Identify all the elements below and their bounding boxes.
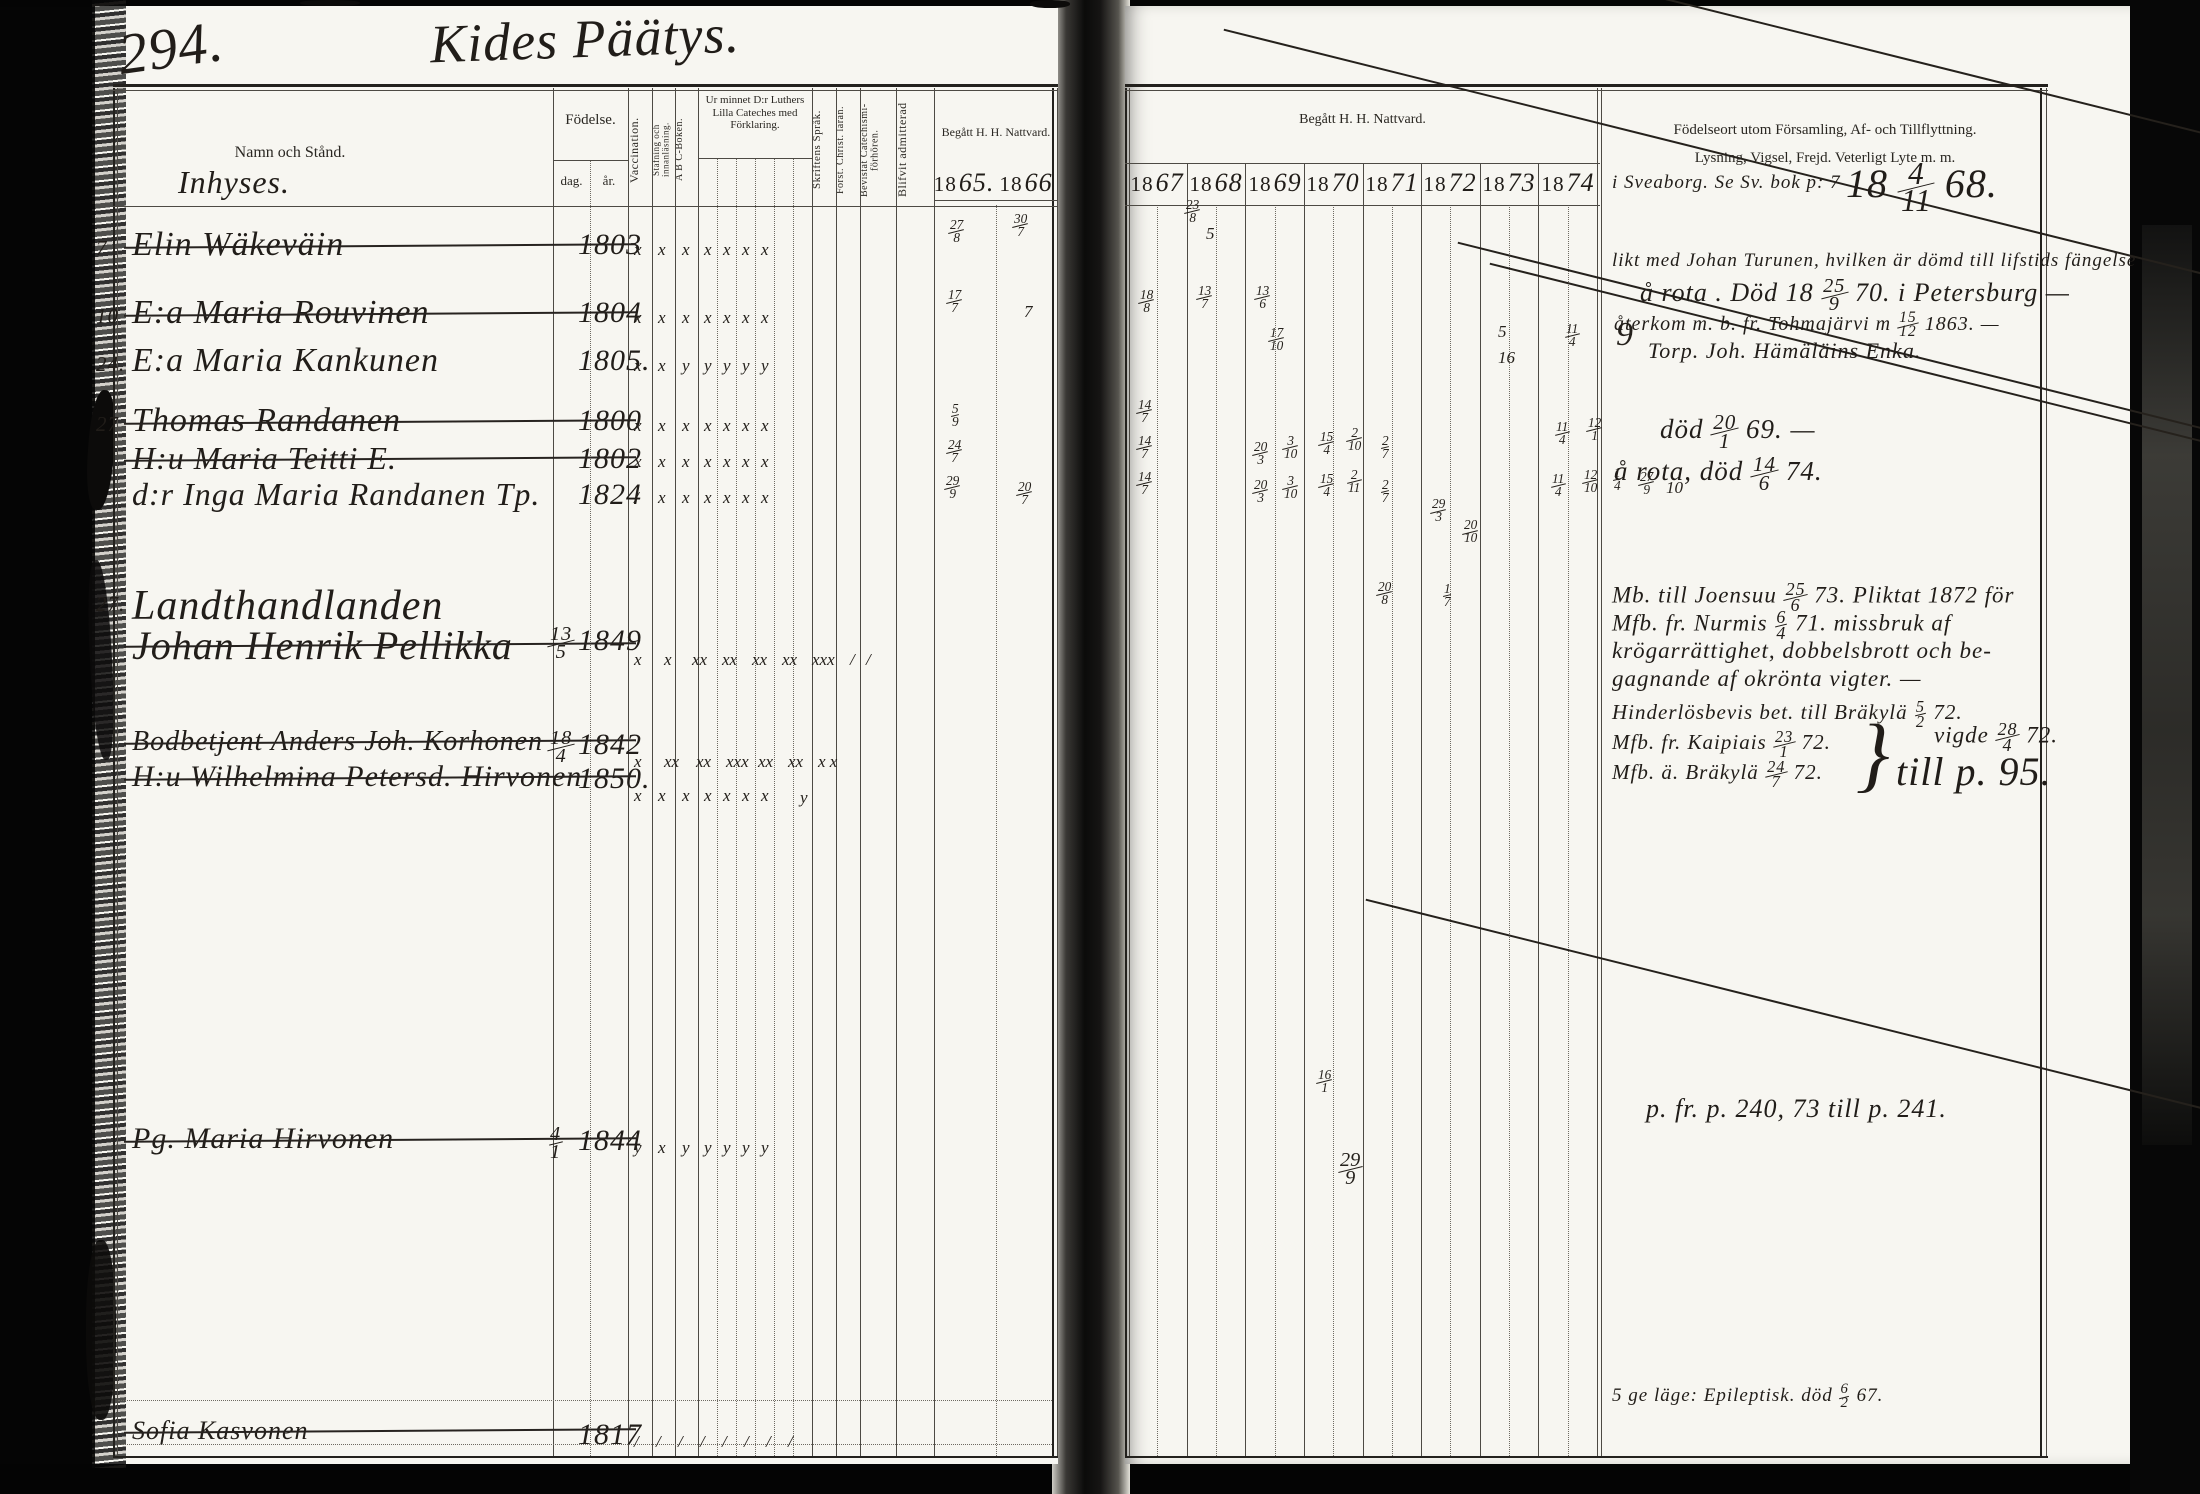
communion-mark: 136 — [1254, 286, 1271, 309]
communion-mark: 203 — [1252, 442, 1269, 465]
communion-mark: xx — [664, 752, 679, 772]
communion-mark: x — [634, 240, 642, 260]
table-grid-line-vertical — [1363, 163, 1364, 1458]
communion-mark: 154 — [1318, 432, 1335, 455]
communion-mark: xx — [722, 650, 737, 670]
communion-mark: 188 — [1138, 290, 1155, 313]
column-header-communion-right: Begått H. H. Nattvard. — [1125, 112, 1600, 128]
name-annotation: Inhyses. — [178, 164, 290, 201]
communion-mark: 17 — [1442, 584, 1453, 607]
date-fraction: 203 — [1254, 442, 1267, 465]
communion-mark: x — [742, 488, 750, 508]
note-line: död 201 69. — — [1660, 414, 1816, 450]
date-fraction: 154 — [1320, 474, 1333, 497]
table-grid-line-vertical — [1333, 205, 1334, 1458]
communion-mark: x — [658, 308, 666, 328]
communion-mark: 2010 — [1462, 520, 2200, 543]
communion-mark: x — [634, 452, 642, 472]
date-fraction: 1512 — [1899, 312, 1917, 339]
date-fraction: 207 — [1018, 482, 1031, 505]
table-grid-line-vertical — [755, 158, 756, 1458]
date-fraction: 17 — [1444, 584, 1451, 607]
table-grid-line-vertical — [1187, 163, 1188, 1458]
communion-mark: 310 — [1282, 476, 1299, 499]
scan-smudge — [86, 1240, 116, 1420]
date-fraction: 310 — [1284, 436, 1297, 459]
table-grid-line-vertical — [1157, 205, 1158, 1458]
communion-mark: / — [788, 1432, 793, 1452]
communion-mark: x — [723, 308, 731, 328]
column-header-attended-examination: Bevistat Catechismi-förhören. — [860, 96, 896, 204]
communion-mark: / — [866, 650, 871, 670]
note-line: Mfb. ä. Bräkylä 247 72. — [1612, 760, 1823, 788]
date-fraction: 299 — [946, 476, 959, 499]
year-column-label: 1873 — [1482, 168, 1535, 198]
communion-mark: x — [742, 786, 750, 806]
communion-mark: x — [658, 488, 666, 508]
column-header-scripture: Skriftens Språk. — [812, 96, 836, 204]
note-line: Mfb. fr. Nurmis 64 71. missbruk af — [1612, 610, 1951, 641]
date-fraction: 278 — [950, 220, 963, 243]
column-header-name: Namn och Stånd. — [180, 144, 400, 162]
date-fraction: 247 — [948, 440, 961, 463]
date-fraction: 310 — [1284, 476, 1297, 499]
entry-margin-number: 27. — [96, 592, 125, 617]
table-grid-line-vertical — [1538, 163, 1539, 1458]
communion-mark: x — [742, 416, 750, 436]
date-fraction: 259 — [1823, 278, 1845, 312]
date-fraction: 41 — [550, 1126, 561, 1160]
date-fraction: 1210 — [1584, 470, 1597, 493]
communion-mark: y — [682, 356, 690, 376]
communion-mark: x — [723, 416, 731, 436]
communion-mark: x — [658, 786, 666, 806]
communion-mark: xx — [692, 650, 707, 670]
column-header-spelling: Stafning och innanläsning. — [652, 96, 675, 204]
entry-name: d:r Inga Maria Randanen Tp. — [132, 476, 540, 513]
table-grid-line-vertical — [1509, 205, 1510, 1458]
date-fraction: 27 — [1382, 436, 1389, 459]
date-fraction: 293 — [1432, 499, 1445, 522]
communion-mark: xxx — [726, 752, 749, 772]
communion-mark: xx — [696, 752, 711, 772]
column-header-birth: Födelse. — [553, 112, 628, 129]
communion-mark: / — [850, 650, 855, 670]
communion-mark: x — [723, 240, 731, 260]
communion-mark: x — [664, 650, 672, 670]
communion-mark: 59 — [950, 404, 961, 427]
communion-mark: 207 — [1016, 482, 1033, 505]
date-fraction: 299 — [1340, 1152, 1360, 1186]
entry-name: E:a Maria Kankunen — [132, 342, 439, 380]
table-grid-line-horizontal — [1125, 1456, 2048, 1458]
date-fraction: 208 — [1378, 582, 1391, 605]
table-grid-line-vertical — [860, 88, 861, 1458]
table-grid-line-vertical — [736, 158, 737, 1458]
table-grid-line-vertical — [1304, 163, 1305, 1458]
communion-mark: x — [658, 452, 666, 472]
note-line: i Sveaborg. Se Sv. bok p: 7 — [1612, 172, 1841, 194]
note-line: gagnande af okrönta vigter. — — [1612, 666, 1921, 692]
table-grid-line-vertical — [1450, 205, 1451, 1458]
table-grid-line-horizontal — [1125, 84, 2048, 87]
date-fraction: 147 — [1138, 472, 1151, 495]
scan-smudge — [300, 0, 360, 6]
date-fraction: 52 — [1916, 700, 1925, 728]
communion-mark: / — [678, 1432, 683, 1452]
date-fraction: 1710 — [1270, 328, 1283, 351]
date-fraction: 211 — [1348, 470, 1360, 493]
communion-mark: xx — [782, 650, 797, 670]
communion-mark: 278 — [948, 220, 965, 243]
entry-birth-year: 1849 — [578, 624, 642, 658]
note-line: till p. 95. — [1896, 748, 2051, 795]
communion-mark: x — [742, 308, 750, 328]
communion-mark: 161 — [1316, 1070, 1333, 1093]
date-fraction: 114 — [1552, 474, 1564, 497]
communion-mark: x — [742, 240, 750, 260]
communion-mark: x — [723, 786, 731, 806]
communion-mark: 147 — [1136, 436, 1153, 459]
table-grid-line-horizontal — [113, 206, 1058, 207]
communion-mark: x — [634, 356, 642, 376]
date-fraction: 177 — [948, 290, 961, 313]
date-fraction: 147 — [1138, 400, 1151, 423]
column-header-christianity: Först. Christ. läran. — [836, 96, 860, 204]
communion-mark: / — [766, 1432, 771, 1452]
year-column-label: 1870 — [1306, 168, 1359, 198]
table-grid-line-horizontal — [113, 90, 1058, 91]
communion-mark: y — [704, 1138, 712, 1158]
communion-mark: x — [704, 452, 712, 472]
date-fraction: 411 — [1901, 162, 1932, 214]
communion-mark: x — [634, 416, 642, 436]
communion-mark: 5 — [1206, 224, 1215, 244]
date-fraction: 147 — [1138, 436, 1151, 459]
communion-mark: y — [723, 1138, 731, 1158]
entry-birth-year: 1802 — [578, 442, 642, 476]
date-fraction: 161 — [1318, 1070, 1331, 1093]
communion-mark: x — [761, 452, 769, 472]
communion-mark: / — [656, 1432, 661, 1452]
table-grid-line-vertical — [1129, 88, 1130, 1458]
communion-mark: 293 — [1430, 499, 2200, 522]
table-grid-line-vertical — [1392, 205, 1393, 1458]
column-header-admitted: Blifvit admitterad — [896, 96, 934, 204]
date-fraction: 136 — [1256, 286, 1269, 309]
communion-mark: x — [658, 240, 666, 260]
communion-mark: 299 — [1338, 1152, 2200, 1186]
communion-mark: x — [682, 308, 690, 328]
communion-mark: 307 — [1012, 214, 1029, 237]
table-grid-line-vertical — [652, 88, 653, 1458]
communion-mark: y — [682, 1138, 690, 1158]
communion-mark: 1710 — [1268, 328, 1285, 351]
communion-mark: 177 — [946, 290, 963, 313]
communion-mark: x x — [818, 752, 837, 772]
note-line: 18 411 68. — [1846, 160, 1998, 214]
communion-mark: 5 — [1498, 322, 1507, 342]
page-title: Kides Päätys. — [429, 3, 741, 76]
date-fraction: 114 — [1566, 324, 1578, 347]
note-line: p. fr. p. 240, 73 till p. 241. — [1646, 1094, 1947, 1124]
communion-mark: 210 — [1346, 428, 1363, 451]
table-grid-line-vertical — [1245, 163, 1246, 1458]
communion-mark: x — [682, 240, 690, 260]
table-grid-line-vertical — [698, 88, 699, 1458]
date-fraction: 62 — [1840, 1384, 1848, 1410]
communion-mark: y — [761, 1138, 769, 1158]
year-column-label: 1872 — [1423, 168, 1476, 198]
communion-mark: x — [634, 752, 642, 772]
notes-header-line1: Födelseort utom Församling, Af- och Till… — [1615, 122, 2035, 139]
communion-mark: x — [761, 240, 769, 260]
communion-mark: 247 — [946, 440, 963, 463]
year-column-label: 1866 — [999, 168, 1052, 198]
year-column-label: 1865. — [934, 168, 995, 198]
communion-mark: x — [761, 488, 769, 508]
scan-edge-texture — [2142, 225, 2192, 1145]
date-fraction: 307 — [1014, 214, 1027, 237]
table-grid-line-vertical — [1052, 88, 1054, 1458]
communion-mark: x — [723, 488, 731, 508]
table-grid-line-vertical — [113, 88, 115, 1458]
communion-mark: x — [704, 240, 712, 260]
entry-birth-year: 1844 — [578, 1124, 642, 1158]
communion-mark: x — [682, 786, 690, 806]
date-fraction: 203 — [1254, 480, 1267, 503]
communion-mark: x — [634, 308, 642, 328]
communion-mark: y — [704, 356, 712, 376]
table-grid-line-vertical — [774, 158, 775, 1458]
year-column-label: 1867 — [1130, 168, 1183, 198]
table-grid-line-vertical — [1275, 205, 1276, 1458]
communion-mark: x — [704, 308, 712, 328]
date-fraction: 238 — [1186, 200, 1199, 223]
table-grid-line-vertical — [1216, 205, 1217, 1458]
table-grid-line-vertical — [1480, 163, 1481, 1458]
date-fraction: 146 — [1753, 456, 1776, 492]
communion-mark: 147 — [1136, 472, 1153, 495]
communion-mark: xx — [758, 752, 773, 772]
communion-mark: y — [742, 1138, 750, 1158]
table-grid-line-vertical — [1057, 88, 1058, 1458]
note-line: Mb. till Joensuu 256 73. Pliktat 1872 fö… — [1612, 582, 2014, 613]
date-fraction: 137 — [1198, 286, 1211, 309]
year-column-label: 1874 — [1541, 168, 1594, 198]
communion-mark: 16 — [1498, 348, 1515, 368]
note-line: likt med Johan Turunen, hvilken är dömd … — [1612, 250, 2200, 272]
table-grid-line-horizontal — [113, 84, 1058, 87]
column-header-communion-left: Begått H. H. Nattvard. — [934, 126, 1058, 140]
communion-mark: x — [682, 416, 690, 436]
table-grid-line-horizontal — [553, 160, 628, 161]
note-line: å rota . Död 18 259 70. i Petersburg — — [1640, 278, 2070, 312]
date-fraction: 27 — [1382, 480, 1389, 503]
entry-margin-number: 7 — [96, 236, 108, 261]
date-fraction: 154 — [1320, 432, 1333, 455]
date-fraction: 256 — [1786, 582, 1806, 613]
year-column-label: 1869 — [1248, 168, 1301, 198]
communion-mark: x — [658, 356, 666, 376]
entry-birth-year: 1842 — [578, 728, 642, 762]
table-grid-line-vertical — [896, 88, 897, 1458]
column-header-catechism: Ur minnet D:r Luthers Lilla Cateches med… — [698, 94, 812, 132]
communion-mark: / — [634, 488, 639, 508]
communion-mark: x — [761, 416, 769, 436]
table-grid-line-vertical — [836, 88, 837, 1458]
communion-mark: y — [761, 356, 769, 376]
table-grid-line-horizontal — [113, 1456, 1058, 1458]
note-line: återkom m. b. fr. Tohmajärvi m 1512 1863… — [1614, 312, 1999, 339]
communion-mark: 208 — [1376, 582, 1393, 605]
communion-mark: 211 — [1346, 470, 1362, 493]
note-line: Torp. Joh. Hämäläins Enka. — [1648, 338, 1921, 364]
date-fraction: 247 — [1767, 760, 1785, 788]
communion-mark: xxx — [812, 650, 835, 670]
communion-mark: 310 — [1282, 436, 1299, 459]
communion-mark: xx — [788, 752, 803, 772]
date-fraction: 201 — [1713, 414, 1736, 450]
column-header-vaccination: Vaccination. — [628, 96, 652, 204]
column-header-birth-day: dag. — [553, 174, 590, 189]
communion-mark: x — [682, 452, 690, 472]
table-grid-line-vertical — [717, 158, 718, 1458]
entry-birth-date: 41 — [548, 1126, 563, 1160]
note-line: krögarrättighet, dobbelsbrott och be- — [1612, 638, 1992, 664]
communion-mark: x — [704, 488, 712, 508]
date-fraction: 114 — [1556, 422, 1568, 445]
table-grid-line-vertical — [934, 88, 935, 1458]
communion-mark: y — [742, 356, 750, 376]
communion-mark: y — [634, 1138, 642, 1158]
scanned-parish-register: 294. Kides Päätys. Namn och Stånd. Inhys… — [0, 0, 2200, 1494]
table-grid-line-vertical — [996, 205, 997, 1458]
communion-mark: x — [704, 416, 712, 436]
table-grid-line-horizontal — [1125, 90, 2048, 91]
date-fraction: 188 — [1140, 290, 1153, 313]
communion-mark: / — [634, 1432, 639, 1452]
communion-mark: x — [704, 786, 712, 806]
communion-mark: y — [723, 356, 731, 376]
communion-mark: 114 — [1554, 422, 1570, 445]
grouping-brace: } — [1856, 706, 1890, 803]
table-grid-line-horizontal — [934, 200, 1058, 201]
communion-mark: x — [761, 786, 769, 806]
date-fraction: 231 — [1775, 730, 1793, 758]
table-grid-line-vertical — [1125, 88, 1127, 1458]
communion-mark: x — [742, 452, 750, 472]
note-line: Mfb. fr. Kaipiais 231 72. — [1612, 730, 1831, 758]
communion-mark: / — [744, 1432, 749, 1452]
year-column-label: 1868 — [1189, 168, 1242, 198]
book-gutter — [1052, 0, 1130, 1494]
note-line: å rota, död 146 74. — [1614, 456, 1823, 492]
communion-mark: x — [634, 786, 642, 806]
date-fraction: 2010 — [1464, 520, 1477, 543]
entry-birth-year: 1824 — [578, 478, 642, 512]
note-line: Hinderlösbevis bet. till Bräkylä 52 72. — [1612, 700, 1963, 728]
table-grid-line-horizontal — [118, 1400, 1052, 1401]
communion-mark: 147 — [1136, 400, 1153, 423]
communion-mark: xx — [752, 650, 767, 670]
communion-mark: 114 — [1550, 474, 1566, 497]
communion-mark: 238 — [1184, 200, 1201, 223]
communion-mark: 1210 — [1582, 470, 1599, 493]
column-header-abc-book: A B C-Boken. — [675, 96, 698, 204]
table-grid-line-vertical — [793, 158, 794, 1458]
communion-mark: 114 — [1564, 324, 1580, 347]
date-fraction: 121 — [1588, 418, 1601, 441]
date-fraction: 64 — [1776, 610, 1786, 641]
communion-mark: 27 — [1380, 436, 1391, 459]
communion-mark: x — [723, 452, 731, 472]
entry-margin-number: 24. — [96, 352, 125, 377]
communion-mark: 7 — [1024, 302, 1033, 322]
communion-mark: x — [634, 650, 642, 670]
communion-mark: 154 — [1318, 474, 1335, 497]
table-grid-line-vertical — [117, 88, 118, 1458]
communion-mark: x — [682, 488, 690, 508]
column-header-birth-year: år. — [590, 174, 628, 189]
table-grid-line-horizontal — [1125, 163, 1600, 164]
communion-mark: 121 — [1586, 418, 1603, 441]
table-grid-line-vertical — [1421, 163, 1422, 1458]
entry-margin-number: 10 — [96, 304, 119, 329]
communion-mark: 27 — [1380, 480, 1391, 503]
table-grid-line-vertical — [675, 88, 676, 1458]
scan-smudge — [1030, 0, 1070, 8]
year-column-label: 1871 — [1365, 168, 1418, 198]
communion-mark: x — [658, 416, 666, 436]
note-line: 5 ge läge: Epileptisk. död 62 67. — [1612, 1384, 1883, 1410]
communion-mark: 203 — [1252, 480, 1269, 503]
table-grid-line-vertical — [1568, 205, 1569, 1458]
entry-birth-year: 1817 — [578, 1418, 642, 1452]
communion-mark: / — [700, 1432, 705, 1452]
entry-margin-number: 27 — [96, 412, 119, 437]
communion-mark: y — [800, 788, 808, 808]
date-fraction: 210 — [1348, 428, 1361, 451]
communion-mark: 299 — [944, 476, 961, 499]
communion-mark: x — [658, 1138, 666, 1158]
table-grid-line-vertical — [812, 88, 813, 1458]
date-fraction: 59 — [952, 404, 959, 427]
table-grid-line-horizontal — [698, 158, 812, 159]
communion-mark: x — [761, 308, 769, 328]
communion-mark: / — [722, 1432, 727, 1452]
